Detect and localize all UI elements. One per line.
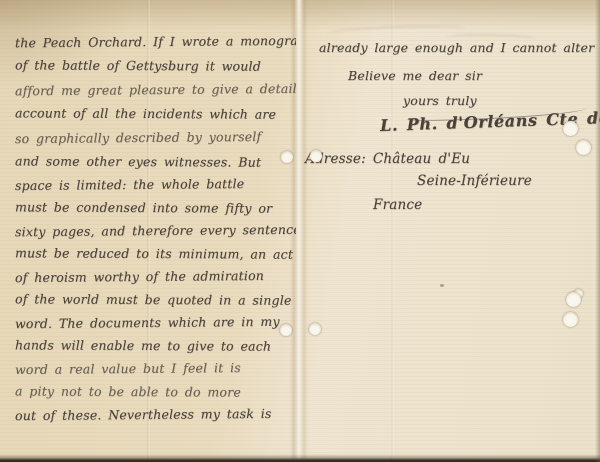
letter-scan: the Peach Orchard. If I wrote a monograp… (0, 0, 600, 462)
punch-hole (566, 292, 581, 307)
left-page: the Peach Orchard. If I wrote a monograp… (0, 0, 296, 462)
punch-hole (563, 312, 578, 327)
right-page: already large enough and I cannot alter … (296, 0, 600, 462)
handwritten-line: sixty pages, and therefore every sentenc… (15, 224, 296, 239)
closing-line: yours truly (403, 95, 477, 108)
valediction-line: Believe me dear sir (348, 70, 482, 83)
address-line: France (373, 199, 422, 213)
punch-hole (563, 121, 578, 136)
handwritten-line: must be condensed into some fifty or (15, 201, 272, 215)
punch-hole (310, 150, 322, 162)
ink-bleed-smudge (326, 24, 466, 39)
handwritten-line: of heroism worthy of the admiration (15, 270, 264, 285)
punch-hole (576, 140, 591, 155)
handwritten-line: the Peach Orchard. If I wrote a monograp… (15, 35, 296, 50)
punch-hole (281, 151, 293, 163)
punch-hole (280, 324, 292, 336)
handwritten-line: word a real value but I feel it is (15, 362, 241, 376)
handwritten-line: must be reduced to its minimum, an act (15, 247, 293, 261)
handwritten-line: space is limited: the whole battle (15, 178, 244, 193)
punch-hole (309, 323, 321, 335)
paper-bottom-edge (0, 454, 600, 462)
handwritten-line: already large enough and I cannot alter … (319, 42, 600, 55)
handwritten-line: of the world must be quoted in a single (15, 293, 292, 307)
handwritten-line: word. The documents which are in my (15, 316, 280, 331)
handwritten-line: and some other eyes witnesses. But (15, 155, 261, 169)
handwritten-line: a pity not to be able to do more (15, 385, 241, 399)
handwritten-line: afford me great pleasure to give a detai… (15, 83, 296, 98)
paper-right-edge (595, 0, 600, 462)
handwritten-line: hands will enable me to give to each (15, 339, 271, 353)
handwritten-line: out of these. Nevertheless my task is (15, 408, 272, 423)
handwritten-line: of the battle of Gettysburg it would (15, 59, 261, 73)
foxing-speck (440, 284, 444, 287)
address-line: Seine-Inférieure (417, 175, 532, 189)
handwritten-line: so graphically described by yourself (15, 131, 261, 146)
handwritten-line: account of all the incidents which are (15, 107, 276, 121)
address-line: Adresse: Château d'Eu (305, 153, 470, 167)
